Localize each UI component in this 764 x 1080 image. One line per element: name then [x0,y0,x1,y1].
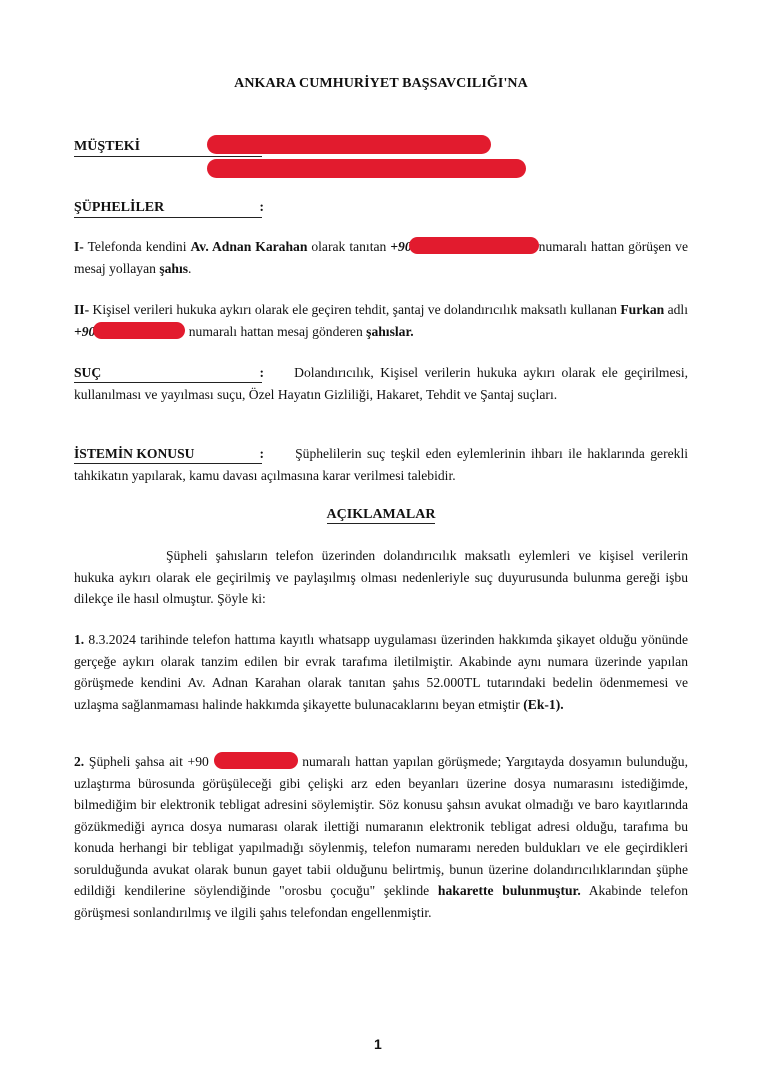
suspect-item-1-number: I- [74,239,84,254]
suspect-item-2-text-3: numaralı hattan mesaj gönderen [185,324,366,339]
suspect-item-2-name: Furkan [620,302,664,317]
explanation-item-2-text: Şüpheli şahsa ait +90 [84,754,213,769]
redaction-suspect-1-phone [409,237,539,254]
explanations-intro: Şüpheli şahısların telefon üzerinden dol… [74,545,688,610]
explanation-item-1-annex-ref: (Ek-1). [523,697,563,712]
crime-section: SUÇ : Dolandırıcılık, Kişisel verilerin … [74,362,688,405]
redaction-complainant-name [207,135,491,154]
suspect-item-2-number: II- [74,302,89,317]
suspects-row: ŞÜPHELİLER : [74,197,688,218]
suspect-item-1-bold-end: şahıs [159,261,188,276]
suspect-item-2-bold-end: şahıslar. [366,324,413,339]
suspect-item-1-text-2: olarak tanıtan [307,239,390,254]
explanation-item-2-text-2: numaralı hattan yapılan görüşmede; Yargı… [74,754,688,898]
redaction-suspect-phone-2 [214,752,298,769]
crime-label-box: SUÇ : [74,364,262,383]
suspects-colon: : [259,199,264,217]
request-subject-label: İSTEMİN KONUSU [74,446,194,461]
explanations-intro-text: Şüpheli şahısların telefon üzerinden dol… [74,548,688,606]
page-number: 1 [374,1036,382,1052]
explanation-item-1-number: 1. [74,632,84,647]
complainant-label: MÜŞTEKİ [74,139,140,154]
redaction-complainant-address [207,159,526,178]
request-subject-label-box: İSTEMİN KONUSU : [74,445,262,464]
suspect-item-2: II- Kişisel verileri hukuka aykırı olara… [74,299,688,342]
explanation-item-2-number: 2. [74,754,84,769]
suspect-item-1: I- Telefonda kendini Av. Adnan Karahan o… [74,236,688,279]
redaction-suspect-2-phone [93,322,185,339]
suspect-item-1-name: Av. Adnan Karahan [190,239,307,254]
document-title: ANKARA CUMHURİYET BAŞSAVCILIĞI'NA [74,76,688,92]
explanation-item-1: 1. 8.3.2024 tarihinde telefon hattıma ka… [74,629,688,715]
suspect-item-2-text-2: adlı [664,302,688,317]
crime-colon: : [259,364,264,382]
suspects-label-box: ŞÜPHELİLER : [74,199,262,218]
request-subject-colon: : [259,445,264,463]
explanation-item-1-text: 8.3.2024 tarihinde telefon hattıma kayıt… [74,632,688,712]
explanations-heading-text: AÇIKLAMALAR [327,507,436,524]
suspect-item-2-text: Kişisel verileri hukuka aykırı olarak el… [89,302,620,317]
suspects-label: ŞÜPHELİLER [74,200,164,215]
explanation-item-2: 2. Şüpheli şahsa ait +90 numaralı hattan… [74,751,688,923]
request-subject-section: İSTEMİN KONUSU : Şüphelilerin suç teşkil… [74,443,688,486]
suspect-item-1-end: . [188,261,191,276]
explanations-heading: AÇIKLAMALAR [74,507,688,523]
suspect-item-1-text: Telefonda kendini [84,239,191,254]
explanation-item-2-bold: hakarette bulunmuştur. [438,883,581,898]
crime-label: SUÇ [74,365,101,380]
suspect-item-2-phone-prefix: +90 [74,324,95,339]
